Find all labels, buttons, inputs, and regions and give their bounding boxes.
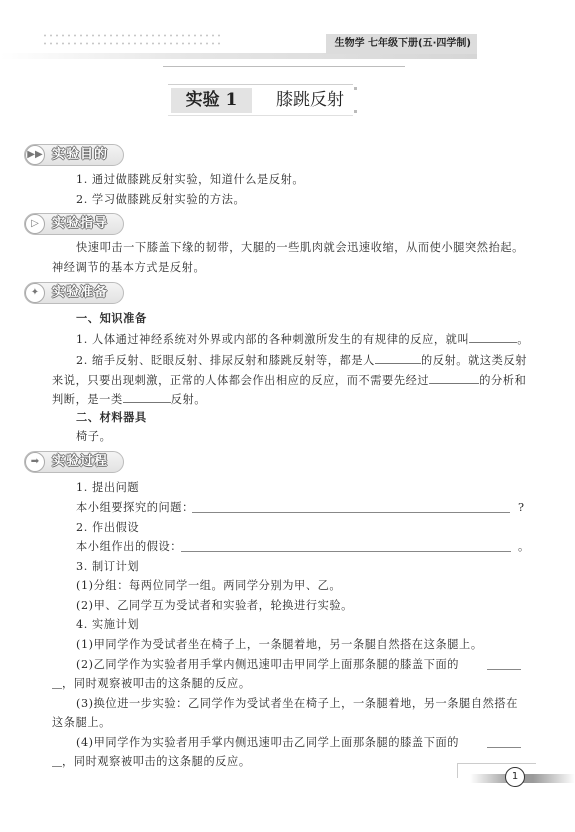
answer-line[interactable] [487,747,521,748]
answer-line[interactable] [52,688,62,689]
step-item: (2)甲、乙同学互为受试者和实验者，轮换进行实验。 [76,599,353,613]
step-prompt: 本小组要探究的问题： [76,501,194,515]
step-item: (4)甲同学作为实验者用手掌内侧迅速叩击乙同学上面那条腿的膝盖下面的 [76,736,459,750]
subsection-title: 一、知识准备 [76,312,147,326]
question-text: 的反射。就这类反射 [421,354,527,367]
section-header-preparation: ✦ 实验准备 [24,282,126,304]
answer-line[interactable] [487,669,521,670]
section-label: 实验准备 [52,282,108,304]
header-dots-decoration [42,42,222,45]
step-item: (2)乙同学作为实验者用手掌内侧迅速叩击甲同学上面那条腿的膝盖下面的 [76,658,459,672]
play-icon: ▷ [25,214,45,234]
experiment-name: 膝跳反射 [276,88,344,113]
book-label: 生物学 七年级下册(五·四学制) [326,34,477,54]
answer-blank[interactable] [123,391,171,403]
experiment-title: 实验 1 膝跳反射 [168,84,353,116]
step-title: 2. 作出假设 [76,521,139,535]
purpose-item: 1. 通过做膝跳反射实验，知道什么是反射。 [76,173,304,187]
question-text: 判断，是一类 [52,393,123,406]
answer-blank[interactable] [429,372,479,384]
step-item: (3)换位进一步实验：乙同学作为受试者坐在椅子上，一条腿着地，另一条腿自然搭在 [76,697,518,711]
section-header-guide: ▷ 实验指导 [24,213,126,235]
section-label: 实验目的 [52,144,108,166]
double-play-icon: ▶▶ [25,145,45,165]
section-header-process: ➡ 实验过程 [24,451,126,473]
step-title: 3. 制订计划 [76,560,139,574]
step-item: (1)甲同学作为受试者坐在椅子上，一条腿着地，另一条腿自然搭在这条腿上。 [76,638,483,652]
question-2-cont: 判断，是一类反射。 [52,391,206,407]
header-dots-decoration [42,34,222,37]
section-label: 实验过程 [52,451,108,473]
section-header-purpose: ▶▶ 实验目的 [24,144,126,166]
corner-mark [354,87,357,90]
question-text: 反射。 [171,393,206,406]
step-item-cont: ，同时观察被叩击的这条腿的反应。 [62,677,251,691]
punctuation: ? [518,501,525,515]
subsection-title: 二、材料器具 [76,411,147,425]
materials-text: 椅子。 [76,430,111,444]
question-text: 1. 人体通过神经系统对外界或内部的各种刺激所发生的有规律的反应，就叫 [76,333,469,346]
divider [163,66,405,67]
step-prompt: 本小组作出的假设： [76,540,182,554]
punctuation: 。 [517,333,529,346]
page-number: 1 [505,767,525,787]
step-title: 1. 提出问题 [76,481,139,495]
guide-paragraph: 神经调节的基本方式是反射。 [52,261,205,275]
step-item-cont: ，同时观察被叩击的这条腿的反应。 [62,755,251,769]
question-2: 2. 缩手反射、眨眼反射、排尿反射和膝跳反射等，都是人的反射。就这类反射 [76,352,527,368]
answer-blank[interactable] [375,352,421,364]
guide-paragraph: 快速叩击一下膝盖下缘的韧带，大腿的一些肌肉就会迅速收缩，从而使小腿突然抬起。 [76,241,524,255]
question-text: 的分析和 [479,374,526,387]
star-icon: ✦ [25,283,45,303]
step-item: (1)分组：每两位同学一组。两同学分别为甲、乙。 [76,579,341,593]
experiment-number: 实验 1 [171,88,252,113]
section-label: 实验指导 [52,213,108,235]
answer-line[interactable] [52,766,62,767]
answer-blank[interactable] [469,331,517,343]
question-1: 1. 人体通过神经系统对外界或内部的各种刺激所发生的有规律的反应，就叫。 [76,331,529,347]
step-title: 4. 实施计划 [76,618,139,632]
question-2-cont: 来说，只要出现刺激，正常的人体都会作出相应的反应，而不需要先经过的分析和 [52,372,526,388]
answer-line[interactable] [181,551,511,552]
purpose-item: 2. 学习做膝跳反射实验的方法。 [76,193,245,207]
question-text: 来说，只要出现刺激，正常的人体都会作出相应的反应，而不需要先经过 [52,374,429,387]
corner-mark [354,110,357,113]
step-item-cont: 这条腿上。 [52,716,111,730]
punctuation: 。 [518,540,530,554]
question-text: 2. 缩手反射、眨眼反射、排尿反射和膝跳反射等，都是人 [76,354,375,367]
answer-line[interactable] [192,512,510,513]
arrow-right-icon: ➡ [25,452,45,472]
